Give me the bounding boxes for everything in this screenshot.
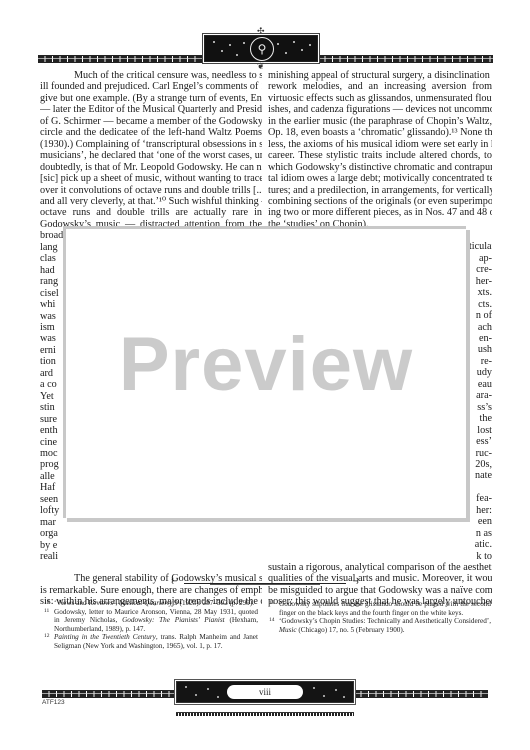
- footnote-number: 14: [269, 616, 275, 625]
- body-line: musicians’, he declared that ‘one of the…: [40, 150, 262, 161]
- body-line-fragment: n as: [268, 528, 492, 539]
- body-line: combining sections of the originals (or …: [268, 196, 492, 207]
- body-line-fragment: orga: [40, 528, 262, 539]
- footnote-text: ‘Views and Reviews’,: [54, 599, 119, 607]
- footnote-14: 14 ‘Godowsky’s Chopin Studies: Technical…: [269, 617, 491, 634]
- scroll-curl-left-icon: ⥼: [170, 577, 178, 587]
- footnotes-left: 10 ‘Views and Reviews’, Musical Quarterl…: [44, 599, 258, 651]
- body-line: [sic] pick up a sheet of music, without …: [40, 173, 262, 184]
- body-line: — later the Editor of the Musical Quarte…: [40, 104, 262, 115]
- footnote-text: 9 (1923): 287–302 (p. 299).: [172, 599, 254, 607]
- body-line: minishing appeal of structural surgery, …: [268, 70, 492, 81]
- body-line: ill founded and prejudiced. Carl Engel’s…: [40, 81, 262, 92]
- body-line: Op. 18, even boasts a ‘chromatic’ glissa…: [268, 127, 492, 138]
- footnote-divider-ornament: ⥼ ⥽: [170, 580, 360, 588]
- body-line: tal idiom owes a large debt; motivically…: [268, 173, 492, 184]
- footnote-number: 11: [44, 607, 49, 616]
- footnote-title: Music: [279, 626, 297, 634]
- body-line: and all very cleverly, at that.’¹⁰ Such …: [40, 196, 262, 207]
- body-line: which Godowsky’s distinctive chromatic a…: [268, 162, 492, 173]
- body-line: (1930).) Complaining of ‘transcriptural …: [40, 139, 262, 150]
- preview-overlay: Preview: [63, 226, 466, 518]
- footnote-title: Godowsky: The Pianists’ Pianist: [122, 616, 225, 624]
- body-line: less, the axioms of his musical idiom we…: [268, 139, 492, 150]
- page-number: viii: [227, 685, 303, 699]
- body-line: ishes, and cadenza figurations — devices…: [268, 104, 492, 115]
- footnote-text: ‘Godowsky’s Chopin Studies: Technically …: [279, 617, 491, 625]
- preview-watermark-label: Preview: [66, 321, 466, 408]
- catalog-code: ATF123: [42, 699, 65, 706]
- header-rule-left: [38, 55, 204, 63]
- body-line-fragment: k to: [268, 551, 492, 562]
- footnote-13: 13 Godowsky stipulates that the glissand…: [269, 600, 491, 617]
- footer-rule-left: [42, 690, 176, 698]
- body-line: rework melodies, and an increasing avers…: [268, 81, 492, 92]
- body-line: sustain a rigorous, analytical compariso…: [268, 562, 492, 573]
- body-line-fragment: mar: [40, 517, 262, 528]
- body-line: octave runs and double trills are actual…: [40, 207, 262, 218]
- body-line: ing two or more different pieces, as in …: [268, 207, 492, 218]
- body-line: of G. Schirmer — became a member of the …: [40, 116, 262, 127]
- body-line: doubtedly, is that of Mr. Leopold Godows…: [40, 162, 262, 173]
- body-line: Much of the critical censure was, needle…: [40, 70, 262, 81]
- footnote-number: 12: [44, 632, 50, 641]
- header-panel: ⚲: [204, 35, 318, 62]
- body-line: tures; and a predilection, in arrangemen…: [268, 185, 492, 196]
- footnote-title: Painting in the Twentieth Century: [54, 633, 156, 641]
- footer-rule-right: [354, 690, 488, 698]
- footnote-text: Godowsky stipulates that the glissando s…: [279, 600, 491, 617]
- body-line: in the earlier music (the paraphrase of …: [268, 116, 492, 127]
- divider-rule-inner: [210, 584, 320, 585]
- body-line-fragment: atic.: [268, 539, 492, 550]
- footnote-11: 11 Godowsky, letter to Maurice Aronson, …: [44, 608, 258, 634]
- body-line: virtuosic effects such as glissandos, un…: [268, 93, 492, 104]
- footnote-10: 10 ‘Views and Reviews’, Musical Quarterl…: [44, 599, 258, 608]
- footer-panel: viii: [176, 681, 354, 703]
- footnote-12: 12 Painting in the Twentieth Century, tr…: [44, 633, 258, 650]
- body-line: give but one example. (By a strange turn…: [40, 93, 262, 104]
- footnote-text: (Chicago) 17, no. 5 (February 1900).: [297, 626, 405, 634]
- body-line: career. These stylistic traits include a…: [268, 150, 492, 161]
- footer-fringe: [176, 712, 354, 716]
- body-line: over it convolutions of octave runs and …: [40, 185, 262, 196]
- body-line: circle and the dedicatee of the left-han…: [40, 127, 262, 138]
- header-rule-right: [318, 55, 493, 63]
- lyre-medallion-icon: ⚲: [250, 37, 274, 61]
- body-line-fragment: reali: [40, 551, 262, 562]
- scroll-curl-right-icon: ⥽: [352, 577, 360, 587]
- footnote-number: 13: [269, 599, 275, 608]
- footnote-title: Musical Quarterly: [119, 599, 172, 607]
- footnotes-right: 13 Godowsky stipulates that the glissand…: [269, 600, 491, 634]
- footnote-number: 10: [44, 598, 50, 607]
- body-line-fragment: by e: [40, 540, 262, 551]
